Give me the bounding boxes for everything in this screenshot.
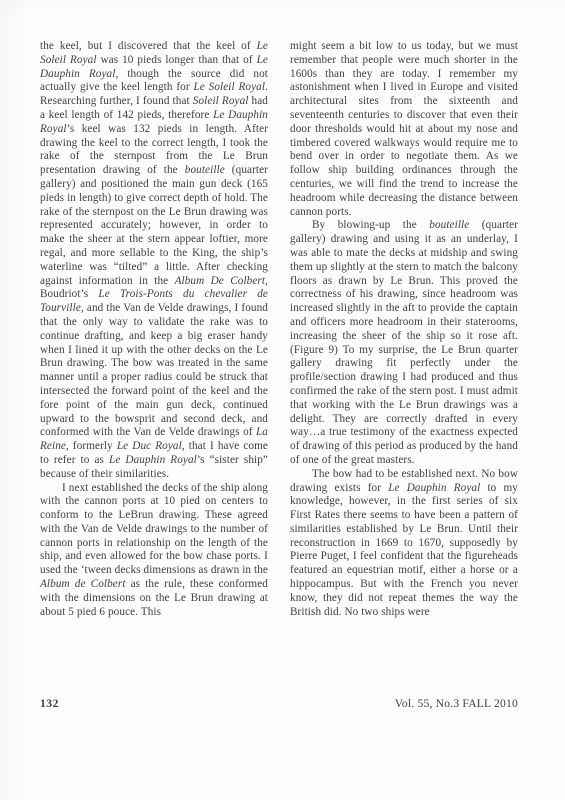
paragraph: the keel, but I discovered that the keel…: [40, 40, 268, 482]
paragraph: The bow had to be established next. No b…: [290, 468, 518, 620]
italic-text: bouteille: [185, 164, 225, 176]
paragraph: might seem a bit low to us today, but we…: [290, 40, 518, 219]
body-text: was 10 pieds longer than that of: [97, 54, 257, 66]
italic-text: Album De Colbert: [175, 275, 266, 287]
body-text: to my knowledge, however, in the first s…: [290, 482, 518, 618]
body-text: the keel, but I discovered that the keel…: [40, 40, 257, 52]
journal-page: the keel, but I discovered that the keel…: [0, 0, 565, 800]
italic-text: Le Dauphin Royal: [388, 482, 480, 494]
page-number: 132: [40, 697, 59, 710]
paragraph: I next established the decks of the ship…: [40, 482, 268, 620]
text-columns: the keel, but I discovered that the keel…: [40, 40, 518, 619]
body-text: , formerly: [66, 440, 117, 452]
italic-text: Le Dauphin Royal: [109, 454, 197, 466]
italic-text: bouteille: [429, 219, 469, 231]
body-text: , and the Van de Velde drawings, I found…: [40, 302, 268, 438]
body-text: (quarter gallery) and positioned the mai…: [40, 164, 268, 286]
italic-text: Le Duc Royal: [117, 440, 182, 452]
italic-text: Soleil Royal: [193, 95, 249, 107]
italic-text: Le Soleil Royal: [193, 81, 265, 93]
body-text: I next established the decks of the ship…: [40, 482, 268, 577]
body-text: might seem a bit low to us today, but we…: [290, 40, 518, 218]
italic-text: Album de Colbert: [40, 578, 126, 590]
body-text: (quarter gallery) drawing and using it a…: [290, 219, 518, 466]
left-column: the keel, but I discovered that the keel…: [40, 40, 268, 619]
paragraph: By blowing-up the bouteille (quarter gal…: [290, 219, 518, 467]
page-footer: 132 Vol. 55, No.3 FALL 2010: [40, 697, 518, 710]
right-column: might seem a bit low to us today, but we…: [290, 40, 518, 619]
issue-label: Vol. 55, No.3 FALL 2010: [395, 697, 518, 710]
body-text: By blowing-up the: [312, 219, 429, 231]
